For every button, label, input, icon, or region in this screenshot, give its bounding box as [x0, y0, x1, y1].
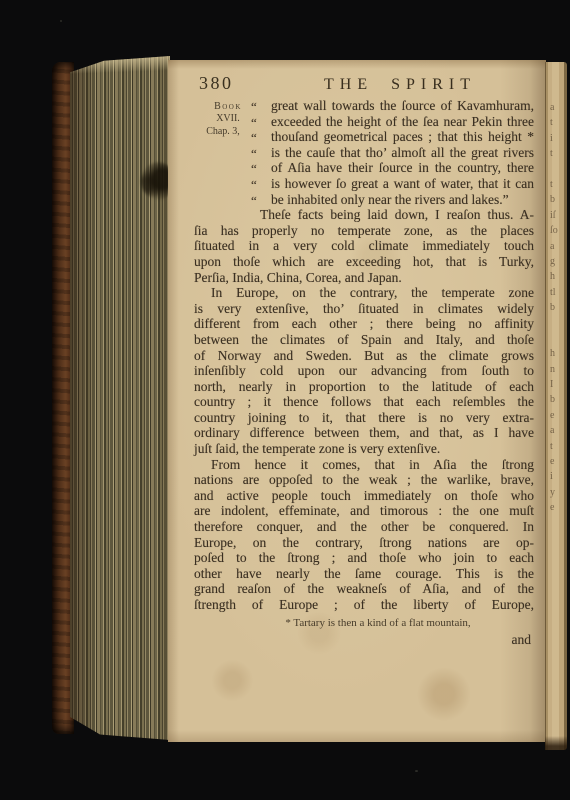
text-line: nations are oppoſed to the weak ; the wa…	[194, 472, 534, 488]
text-line: ſtrength of Europe ; of the liberty of E…	[194, 597, 534, 613]
facing-page-glyph: tl	[550, 285, 564, 300]
facing-page-glyph: n	[550, 362, 564, 377]
facing-page-glyph	[550, 162, 564, 177]
paragraph: Theſe facts being laid down, I reaſon th…	[194, 207, 534, 285]
facing-page-glyph: h	[550, 346, 564, 361]
quote-line: “exceeded the height of the ſea near Pek…	[251, 114, 534, 130]
quote-line: “thouſand geometrical paces ; that this …	[251, 129, 534, 145]
facing-page-glyph: a	[550, 239, 564, 254]
quote-line: “is the cauſe that tho’ almoſt all the g…	[251, 145, 534, 161]
text-line: different from each other ; there being …	[194, 316, 534, 332]
text-line: poſed to the ſtrong ; and thoſe who join…	[194, 550, 534, 566]
facing-page-glyph: t	[550, 439, 564, 454]
text-line: ſia has properly no temperate zone, as t…	[194, 223, 534, 239]
facing-page-glyph	[550, 516, 564, 531]
text-line: north, nearly in proportion to the latit…	[194, 379, 534, 395]
facing-page-glyph	[550, 531, 564, 546]
facing-page-glyph	[550, 331, 564, 346]
text-line: Europe, on the contrary, ſtrong nations …	[194, 535, 534, 551]
quote-continuation-mark: “	[251, 177, 256, 193]
text-line: inſenſibly cold upon our advancing from …	[194, 363, 534, 379]
quote-continuation-mark: “	[251, 146, 256, 162]
facing-page-glyph: h	[550, 269, 564, 284]
text-line: is very extenſive, tho’ ſituated in clim…	[194, 301, 534, 317]
quote-line: “be inhabited only near the rivers and l…	[251, 192, 534, 208]
page-fore-edges	[70, 56, 170, 740]
facing-page-glyph: g	[550, 254, 564, 269]
page-number: 380	[199, 73, 234, 94]
text-line: ordinary difference between them, and th…	[194, 425, 534, 441]
margin-note-book: Book	[202, 101, 254, 113]
facing-page-glyph: b	[550, 300, 564, 315]
paragraph: From hence it comes, that in Aſia the ſt…	[194, 457, 534, 613]
facing-page-glyph: e	[550, 500, 564, 515]
catchword: and	[194, 632, 534, 648]
facing-page-glyph: i	[550, 469, 564, 484]
text-line: upon thoſe which are exceeding hot, that…	[194, 254, 534, 270]
facing-page-glyph: I	[550, 377, 564, 392]
facing-page-glyph: t	[550, 177, 564, 192]
text-line: and active people touch immediately on t…	[194, 488, 534, 504]
text-line: country ; it thence follows that each re…	[194, 394, 534, 410]
facing-page-glyph: y	[550, 485, 564, 500]
facing-page-glyph: e	[550, 454, 564, 469]
facing-page-glyph: ſo	[550, 223, 564, 238]
facing-page-glyph: a	[550, 100, 564, 115]
dust-speck	[415, 770, 418, 772]
facing-page-glyph: a	[550, 423, 564, 438]
text-column: Book XVII. Chap. 3, “great wall towards …	[194, 98, 534, 648]
text-line: ſituated in a very cold climate immediat…	[194, 238, 534, 254]
quote-continuation-mark: “	[251, 193, 256, 209]
text-line: country joining to it, that there is no …	[194, 410, 534, 426]
text-line: between the climates of Spain and Italy,…	[194, 332, 534, 348]
facing-page-glyph: e	[550, 408, 564, 423]
facing-page-glyph: b	[550, 192, 564, 207]
paragraph: In Europe, on the contrary, the temperat…	[194, 285, 534, 457]
facing-page-glyph: i	[550, 131, 564, 146]
quote-line: “is however ſo great a want of water, th…	[251, 176, 534, 192]
text-line: grand reaſon of the weakneſs of Aſia, an…	[194, 581, 534, 597]
margin-note: Book XVII. Chap. 3,	[202, 101, 254, 138]
text-line: Perſia, India, China, Corea, and Japan.	[194, 270, 534, 286]
text-line: In Europe, on the contrary, the temperat…	[194, 285, 534, 301]
margin-note-chapter: Chap. 3,	[197, 126, 249, 138]
facing-page-glyph: t	[550, 115, 564, 130]
quote-line: “of Aſia have their ſource in the countr…	[251, 160, 534, 176]
quoted-passage: “great wall towards the ſource of Kavamh…	[251, 98, 534, 207]
quote-continuation-mark: “	[251, 161, 256, 177]
dust-speck	[60, 20, 62, 22]
quote-continuation-mark: “	[251, 99, 256, 115]
running-title: THE SPIRIT	[324, 76, 476, 94]
facing-page-glyph: t	[550, 146, 564, 161]
margin-note-volume: XVII.	[202, 113, 254, 125]
quote-continuation-mark: “	[251, 115, 256, 131]
facing-page-sliver: atittbiſſoaghtlbhnIbeateiye	[545, 62, 567, 750]
text-line: Theſe facts being laid down, I reaſon th…	[194, 207, 534, 223]
quote-line: “great wall towards the ſource of Kavamh…	[251, 98, 534, 114]
facing-page-glyph: iſ	[550, 208, 564, 223]
body-paragraphs: Theſe facts being laid down, I reaſon th…	[194, 207, 534, 612]
photo-background: 380 THE SPIRIT Book XVII. Chap. 3, “grea…	[0, 0, 570, 800]
text-line: of Norway and Sweden. But as the climate…	[194, 348, 534, 364]
footnote: * Tartary is then a kind of a flat mount…	[208, 616, 548, 632]
text-line: therefore conquer, and the other be conq…	[194, 519, 534, 535]
facing-page-text-fragments: atittbiſſoaghtlbhnIbeateiye	[550, 100, 564, 546]
text-line: are indolent, effeminate, and timorous :…	[194, 503, 534, 519]
text-line: From hence it comes, that in Aſia the ſt…	[194, 457, 534, 473]
book-page: 380 THE SPIRIT Book XVII. Chap. 3, “grea…	[168, 60, 546, 742]
quote-continuation-mark: “	[251, 130, 256, 146]
text-line: juſt ſaid, the temperate zone is very ex…	[194, 441, 534, 457]
text-line: other have nearly the ſame courage. This…	[194, 566, 534, 582]
facing-page-glyph	[550, 315, 564, 330]
facing-page-glyph: b	[550, 392, 564, 407]
